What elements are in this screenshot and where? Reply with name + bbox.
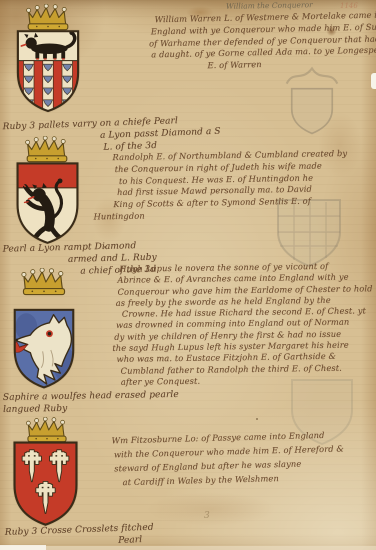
paper-notch <box>371 73 376 89</box>
entry-hereford-text: Wm Fitzosburne Lo: of Passye came into E… <box>111 427 374 490</box>
blazon-caption-chester: Saphire a woulfes head erased pearle lan… <box>3 389 223 416</box>
coat-of-arms-huntingdon <box>12 160 83 247</box>
ink-fleck <box>256 418 258 420</box>
entry-chester-text: Hugh Lupus le novera the sonne of ye vic… <box>119 260 375 388</box>
entry-huntingdon-text: Randolph E. of Northumbland & Cumbland c… <box>92 148 373 224</box>
folio-number: 3 <box>204 511 210 521</box>
coat-of-arms-chester <box>10 294 78 404</box>
coat-of-arms-hereford <box>8 439 83 529</box>
entry-warren-text: William Warren L. of Westmere & Mortelak… <box>154 10 373 74</box>
coat-of-arms-warren <box>13 27 83 116</box>
pencil-title: William the Conqueror <box>226 0 313 11</box>
manuscript-page: William the Conqueror 1146 3 <box>0 0 376 550</box>
corner-shelfmark: 1146 <box>340 2 358 10</box>
